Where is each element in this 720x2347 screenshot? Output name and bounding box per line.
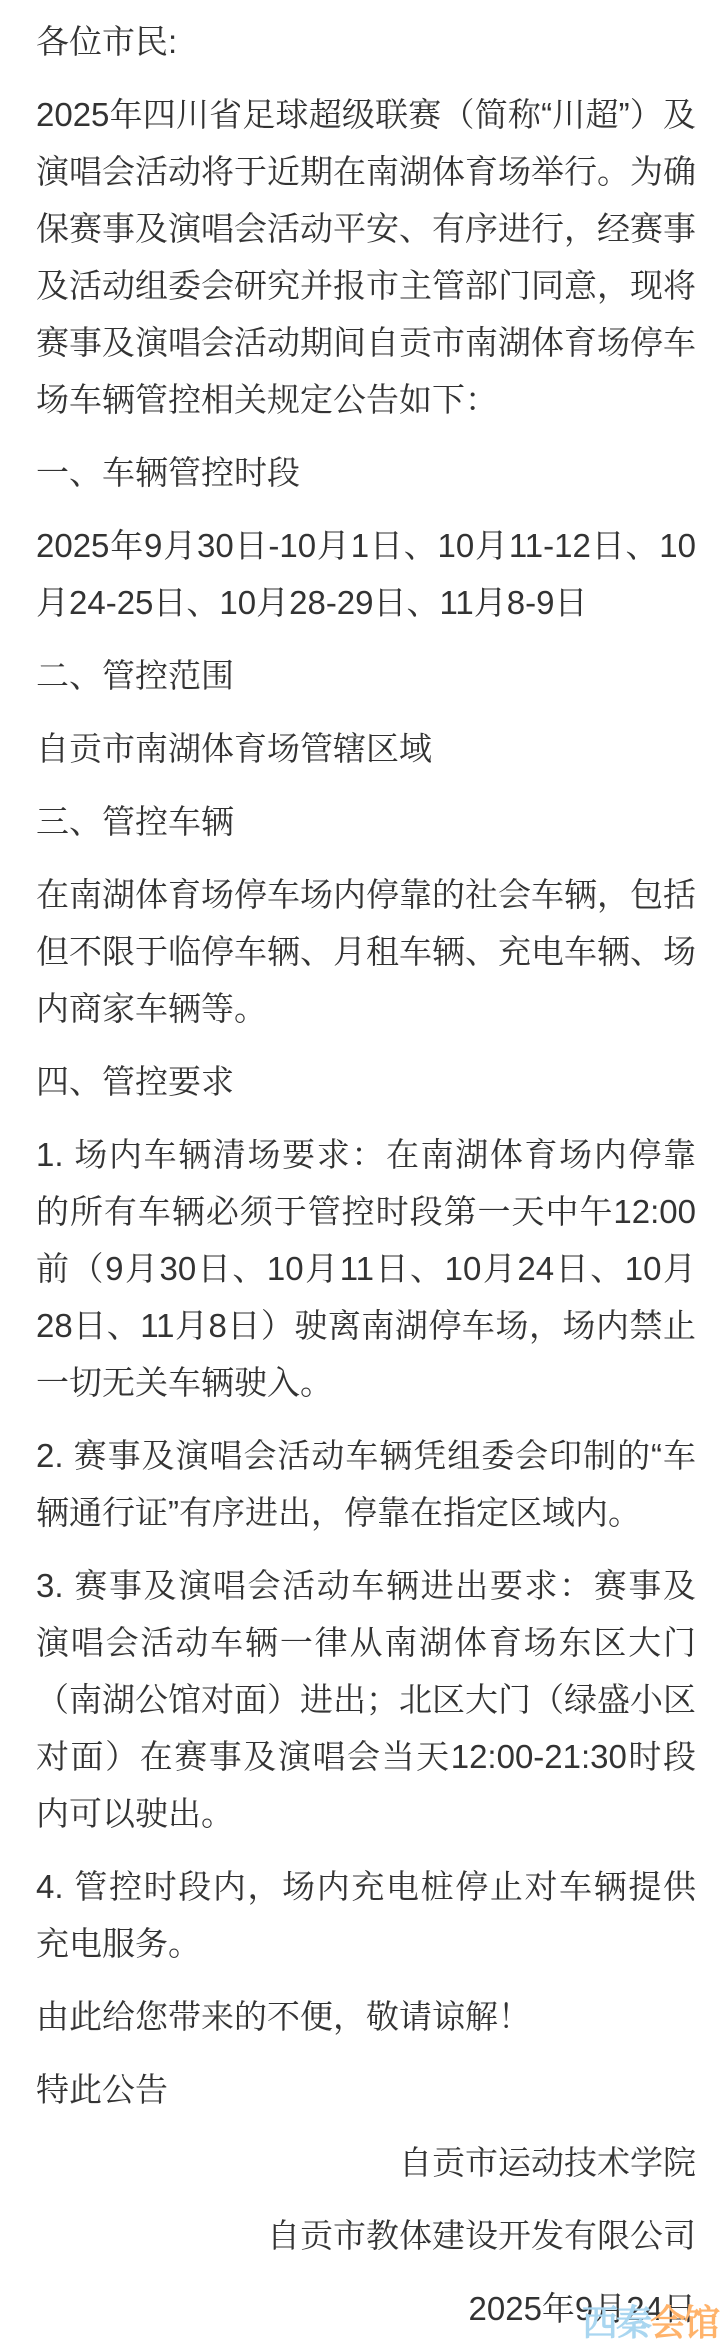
requirement-3: 3. 赛事及演唱会活动车辆进出要求：赛事及演唱会活动车辆一律从南湖体育场东区大门… — [36, 1557, 696, 1842]
section-4-heading: 四、管控要求 — [36, 1053, 696, 1110]
apology-note: 由此给您带来的不便，敬请谅解！ — [36, 1988, 696, 2045]
signature-institute: 自贡市运动技术学院 — [36, 2134, 696, 2191]
section-1-heading: 一、车辆管控时段 — [36, 444, 696, 501]
salutation: 各位市民: — [36, 13, 696, 70]
notice-date: 2025年9月24日 — [36, 2280, 696, 2337]
intro-paragraph: 2025年四川省足球超级联赛（简称“川超”）及演唱会活动将于近期在南湖体育场举行… — [36, 86, 696, 428]
page: { "page": { "background": "#ffffff", "te… — [0, 0, 720, 2347]
requirement-1: 1. 场内车辆清场要求：在南湖体育场内停靠的所有车辆必须于管控时段第一天中午12… — [36, 1126, 696, 1411]
section-2-heading: 二、管控范围 — [36, 647, 696, 704]
section-3-heading: 三、管控车辆 — [36, 793, 696, 850]
requirement-2: 2. 赛事及演唱会活动车辆凭组委会印制的“车辆通行证”有序进出，停靠在指定区域内… — [36, 1427, 696, 1541]
signature-company: 自贡市教体建设开发有限公司 — [36, 2207, 696, 2264]
notice-declaration: 特此公告 — [36, 2061, 696, 2118]
control-periods: 2025年9月30日-10月1日、10月11-12日、10月24-25日、10月… — [36, 517, 696, 631]
requirement-4: 4. 管控时段内，场内充电桩停止对车辆提供充电服务。 — [36, 1858, 696, 1972]
controlled-vehicles: 在南湖体育场停车场内停靠的社会车辆，包括但不限于临停车辆、月租车辆、充电车辆、场… — [36, 866, 696, 1037]
notice-body: 各位市民: 2025年四川省足球超级联赛（简称“川超”）及演唱会活动将于近期在南… — [0, 0, 720, 2337]
control-area: 自贡市南湖体育场管辖区域 — [36, 720, 696, 777]
